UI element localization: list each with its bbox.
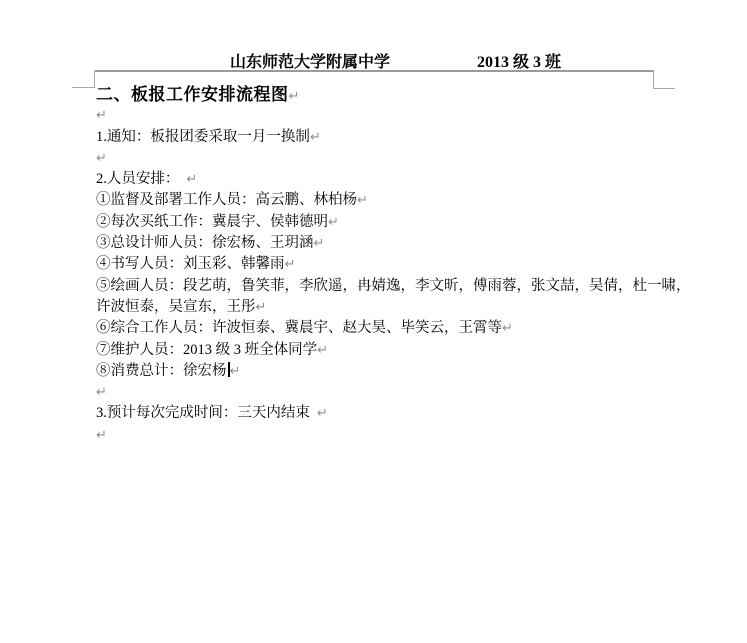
header-school-name[interactable]: 山东师范大学附属中学	[230, 49, 390, 72]
doc-line-text: ④书写人员：刘玉彩、韩馨雨	[96, 256, 285, 272]
empty-line[interactable]: ↵	[96, 148, 681, 169]
paragraph-mark: ↵	[314, 236, 325, 251]
paragraph-mark: ↵	[96, 428, 107, 443]
doc-line-text: 1.通知：板报团委采取一月一换制	[96, 129, 310, 145]
paragraph-mark: ↵	[256, 300, 267, 315]
paragraph-mark: ↵	[357, 193, 368, 208]
empty-line[interactable]: ↵	[96, 425, 681, 446]
doc-line-text: ⑤绘画人员：段艺萌，鲁笑菲，李欣遥，冉婧逸，李文昕，傅雨蓉，张文喆，吴倩，杜一啸…	[96, 278, 691, 294]
paragraph-mark: ↵	[328, 215, 339, 230]
paragraph-mark: ↵	[285, 257, 296, 272]
paragraph-mark: ↵	[186, 172, 197, 187]
text-boundary-mark-left	[72, 87, 95, 88]
paragraph-mark: ↵	[96, 385, 107, 400]
doc-line-item-7[interactable]: ⑦维护人员：2013 级 3 班全体同学↵	[96, 340, 681, 361]
document-title-text: 二、板报工作安排流程图	[96, 85, 289, 104]
empty-line[interactable]: ↵	[96, 382, 681, 403]
doc-line-schedule[interactable]: 3.预计每次完成时间：三天内结束↵	[96, 403, 681, 424]
document-body[interactable]: 二、板报工作安排流程图↵ ↵ 1.通知：板报团委采取一月一换制↵ ↵ 2.人员安…	[96, 84, 681, 446]
empty-line[interactable]: ↵	[96, 105, 681, 126]
paragraph-mark: ↵	[96, 151, 107, 166]
paragraph-mark: ↵	[289, 89, 300, 104]
doc-line-text: ⑥综合工作人员：许波恒泰、冀晨宇、赵大昊、毕笑云，王霄等	[96, 320, 502, 336]
paragraph-mark: ↵	[96, 108, 107, 123]
doc-line-item-5-wrap[interactable]: 许波恒泰，吴宣东，王彤↵	[96, 297, 681, 318]
doc-line-text: 2.人员安排：	[96, 171, 179, 187]
paragraph-mark: ↵	[310, 130, 321, 145]
doc-line-item-1[interactable]: ①监督及部署工作人员：高云鹏、林柏杨↵	[96, 190, 681, 211]
document-title[interactable]: 二、板报工作安排流程图↵	[96, 84, 681, 105]
header-rule	[95, 70, 653, 72]
doc-line-text: 许波恒泰，吴宣东，王彤	[96, 299, 256, 315]
paragraph-mark: ↵	[502, 321, 513, 336]
doc-line-text: ①监督及部署工作人员：高云鹏、林柏杨	[96, 192, 357, 208]
doc-line-text: ②每次买纸工作：冀晨宇、侯韩德明	[96, 214, 328, 230]
paragraph-mark: ↵	[317, 343, 328, 358]
doc-line-staffing-heading[interactable]: 2.人员安排：↵	[96, 169, 681, 190]
doc-line-item-4[interactable]: ④书写人员：刘玉彩、韩馨雨↵	[96, 254, 681, 275]
document-page[interactable]: 山东师范大学附属中学 2013 级 3 班 ↵ 二、板报工作安排流程图↵ ↵ 1…	[0, 0, 747, 643]
doc-line-item-8[interactable]: ⑧消费总计：徐宏杨↵	[96, 361, 681, 382]
paragraph-mark: ↵	[317, 406, 328, 421]
text-boundary-mark-left	[94, 71, 95, 87]
doc-line-text: ⑦维护人员：2013 级 3 班全体同学	[96, 342, 317, 358]
doc-line-item-3[interactable]: ③总设计师人员：徐宏杨、王玥涵↵	[96, 233, 681, 254]
doc-line-notice[interactable]: 1.通知：板报团委采取一月一换制↵	[96, 127, 681, 148]
doc-line-item-6[interactable]: ⑥综合工作人员：许波恒泰、冀晨宇、赵大昊、毕笑云，王霄等↵	[96, 318, 681, 339]
paragraph-mark: ↵	[547, 52, 558, 67]
doc-line-text: ③总设计师人员：徐宏杨、王玥涵	[96, 235, 314, 251]
doc-line-text: ⑧消费总计：徐宏杨	[96, 363, 227, 379]
doc-line-item-5[interactable]: ⑤绘画人员：段艺萌，鲁笑菲，李欣遥，冉婧逸，李文昕，傅雨蓉，张文喆，吴倩，杜一啸…	[96, 276, 681, 297]
doc-line-item-2[interactable]: ②每次买纸工作：冀晨宇、侯韩德明↵	[96, 212, 681, 233]
doc-line-text: 3.预计每次完成时间：三天内结束	[96, 405, 310, 421]
paragraph-mark: ↵	[230, 364, 241, 379]
